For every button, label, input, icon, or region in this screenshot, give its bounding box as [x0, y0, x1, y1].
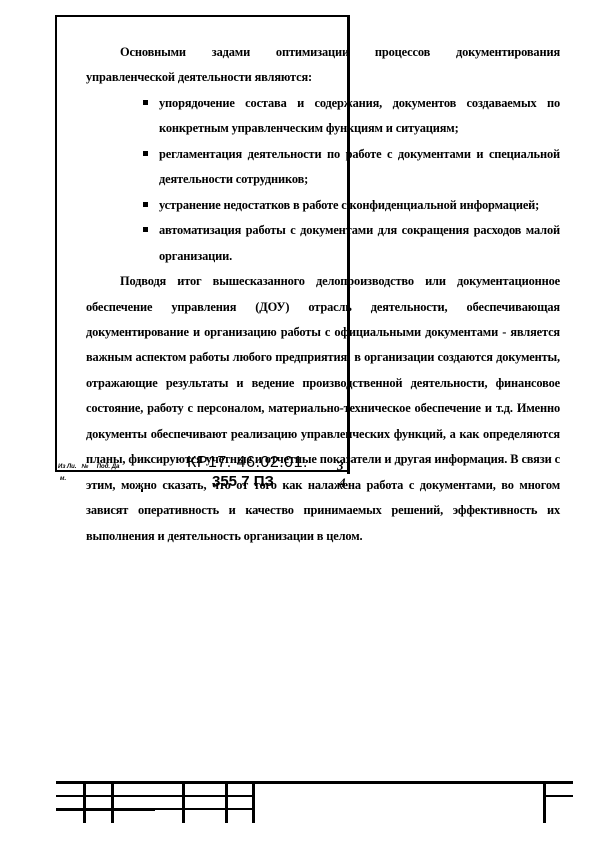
stamp-column-line — [543, 781, 546, 823]
stamp-column-line — [182, 781, 185, 823]
stamp-tick-mark — [141, 489, 143, 492]
stamp-column-labels-secondary: м. — [60, 476, 66, 482]
stamp-column-line — [111, 781, 114, 823]
list-item: упорядочение состава и содержания, докум… — [159, 91, 560, 142]
stamp-row-line — [544, 795, 573, 797]
frame-left-border — [55, 15, 57, 472]
square-bullet-icon — [143, 227, 148, 232]
bullet-list: упорядочение состава и содержания, докум… — [86, 91, 560, 269]
stamp-sheet-number: 4 — [339, 475, 346, 491]
square-bullet-icon — [143, 202, 148, 207]
conclusion-paragraph: Подводя итог вышесказанного делопроизвод… — [86, 269, 560, 549]
stamp-row-line-thick — [84, 808, 155, 811]
list-item: регламентация деятельности по работе с д… — [159, 142, 560, 193]
document-body: Основными задами оптимизации процессов д… — [86, 40, 560, 549]
stamp-sheet-label: 3 — [337, 458, 344, 474]
stamp-document-suffix: 355 7 ПЗ — [212, 473, 274, 490]
square-bullet-icon — [143, 151, 148, 156]
list-item: автоматизация работы с документами для с… — [159, 218, 560, 269]
list-item: устранение недостатков в работе с конфид… — [159, 193, 560, 218]
stamp-column-labels: Из Ли. № Под. Да — [58, 464, 119, 470]
stamp-document-code: КР17. 46.02.01. — [187, 454, 308, 472]
intro-paragraph: Основными задами оптимизации процессов д… — [86, 40, 560, 91]
square-bullet-icon — [143, 100, 148, 105]
stamp-column-line — [83, 781, 86, 823]
stamp-top-line — [56, 781, 573, 784]
stamp-column-line — [225, 781, 228, 823]
stamp-column-line — [252, 781, 255, 823]
frame-top-border — [56, 15, 350, 17]
